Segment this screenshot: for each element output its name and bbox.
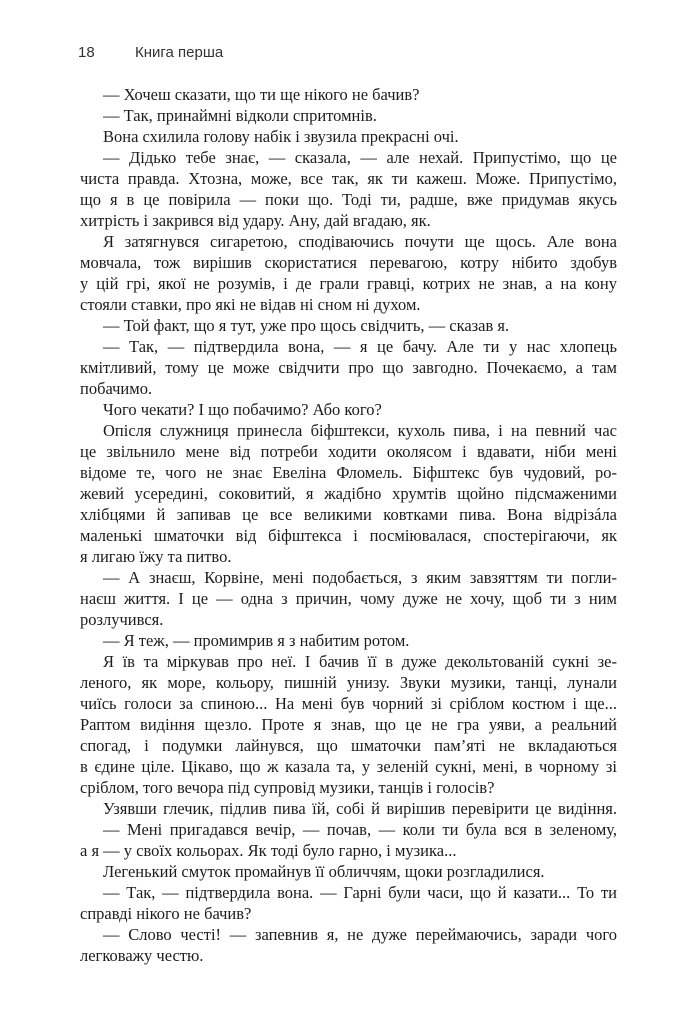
text-line: — Дідько тебе знає, — сказала, — але нех…	[80, 147, 617, 168]
text-line: відоме те, чого не знає Евеліна Фломель.…	[80, 462, 617, 483]
text-line: кмітливий, тому це може свідчити про що …	[80, 357, 617, 378]
text-block: — Хочеш сказати, що ти ще нікого не бачи…	[80, 84, 617, 966]
text-line: Вона схилила голову набік і звузила прек…	[80, 126, 617, 147]
paragraph: — Так, — підтвердила вона, — я це бачу. …	[80, 336, 617, 399]
text-line: побачимо.	[80, 378, 617, 399]
paragraph: Я затягнувся сигаретою, сподіваючись поч…	[80, 231, 617, 315]
paragraph: Чого чекати? І що побачимо? Або кого?	[80, 399, 617, 420]
text-line: — Я теж, — промимрив я з набитим ротом.	[80, 630, 617, 651]
text-line: справді нікого не бачив?	[80, 903, 617, 924]
text-line: стояли ставки, про які не відав ні сном …	[80, 294, 617, 315]
text-line: в єдине ціле. Цікаво, що ж казала та, у …	[80, 756, 617, 777]
text-line: Раптом видіння щезло. Проте я знав, що ц…	[80, 714, 617, 735]
text-line: мовчала, тож вирішив скористатися перева…	[80, 252, 617, 273]
text-line: Я затягнувся сигаретою, сподіваючись поч…	[80, 231, 617, 252]
text-line: — Так, — підтвердила вона. — Гарні були …	[80, 882, 617, 903]
page-header: 18 Книга перша	[78, 44, 618, 64]
text-line: Опісля служниця принесла біфштекси, кухо…	[80, 420, 617, 441]
text-line: Я їв та міркував про неї. І бачив її в д…	[80, 651, 617, 672]
paragraph: Я їв та міркував про неї. І бачив її в д…	[80, 651, 617, 798]
text-line: чиїсь голоси за спиною... На мені був чо…	[80, 693, 617, 714]
text-line: наєш життя. І це — одна з причин, чому д…	[80, 588, 617, 609]
text-line: легковажу честю.	[80, 945, 617, 966]
text-line: Чого чекати? І що побачимо? Або кого?	[80, 399, 617, 420]
text-line: Легенький смуток промайнув її обличчям, …	[80, 861, 617, 882]
text-line: леного, як море, кольору, пишній унизу. …	[80, 672, 617, 693]
text-line: що я в це повірила — поки що. Тоді ти, р…	[80, 189, 617, 210]
text-line: сріблом, того вечора під супровід музики…	[80, 777, 617, 798]
running-title: Книга перша	[135, 44, 223, 61]
paragraph: — Слово честі! — запевнив я, не дуже пер…	[80, 924, 617, 966]
text-line: маленькі шматочки від біфштекса і посмію…	[80, 525, 617, 546]
text-line: — Той факт, що я тут, уже про щось свідч…	[80, 315, 617, 336]
paragraph: Вона схилила голову набік і звузила прек…	[80, 126, 617, 147]
paragraph: Узявши глечик, підлив пива їй, собі й ви…	[80, 798, 617, 819]
text-line: це звільнило мене від потреби ходити око…	[80, 441, 617, 462]
paragraph: — Я теж, — промимрив я з набитим ротом.	[80, 630, 617, 651]
text-line: — Так, принаймні відколи спритомнів.	[80, 105, 617, 126]
text-line: — Так, — підтвердила вона, — я це бачу. …	[80, 336, 617, 357]
paragraph: — Так, — підтвердила вона. — Гарні були …	[80, 882, 617, 924]
text-line: я лигаю їжу та питво.	[80, 546, 617, 567]
text-line: хитрість і закрився від удару. Ану, дай …	[80, 210, 617, 231]
text-line: у цій грі, якої не розумів, і де грали г…	[80, 273, 617, 294]
text-line: — Мені пригадався вечір, — почав, — коли…	[80, 819, 617, 840]
paragraph: — Так, принаймні відколи спритомнів.	[80, 105, 617, 126]
text-line: а я — у своїх кольорах. Як тоді було гар…	[80, 840, 617, 861]
paragraph: Легенький смуток промайнув її обличчям, …	[80, 861, 617, 882]
text-line: чиста правда. Хтозна, може, все так, як …	[80, 168, 617, 189]
paragraph: — Дідько тебе знає, — сказала, — але нех…	[80, 147, 617, 231]
paragraph: — А знаєш, Корвіне, мені подобається, з …	[80, 567, 617, 630]
paragraph: — Той факт, що я тут, уже про щось свідч…	[80, 315, 617, 336]
paragraph: — Хочеш сказати, що ти ще нікого не бачи…	[80, 84, 617, 105]
page-number: 18	[78, 44, 95, 61]
text-line: жевий усередині, соковитий, я жадібно хр…	[80, 483, 617, 504]
paragraph: — Мені пригадався вечір, — почав, — коли…	[80, 819, 617, 861]
text-line: — Слово честі! — запевнив я, не дуже пер…	[80, 924, 617, 945]
book-page: 18 Книга перша — Хочеш сказати, що ти ще…	[0, 0, 690, 1024]
text-line: — Хочеш сказати, що ти ще нікого не бачи…	[80, 84, 617, 105]
paragraph: Опісля служниця принесла біфштекси, кухо…	[80, 420, 617, 567]
text-line: хлібцями й запивав це все великими ковтк…	[80, 504, 617, 525]
text-line: — А знаєш, Корвіне, мені подобається, з …	[80, 567, 617, 588]
text-line: спогад, і подумки лайнувся, що шматочки …	[80, 735, 617, 756]
text-line: Узявши глечик, підлив пива їй, собі й ви…	[80, 798, 617, 819]
text-line: розлучився.	[80, 609, 617, 630]
